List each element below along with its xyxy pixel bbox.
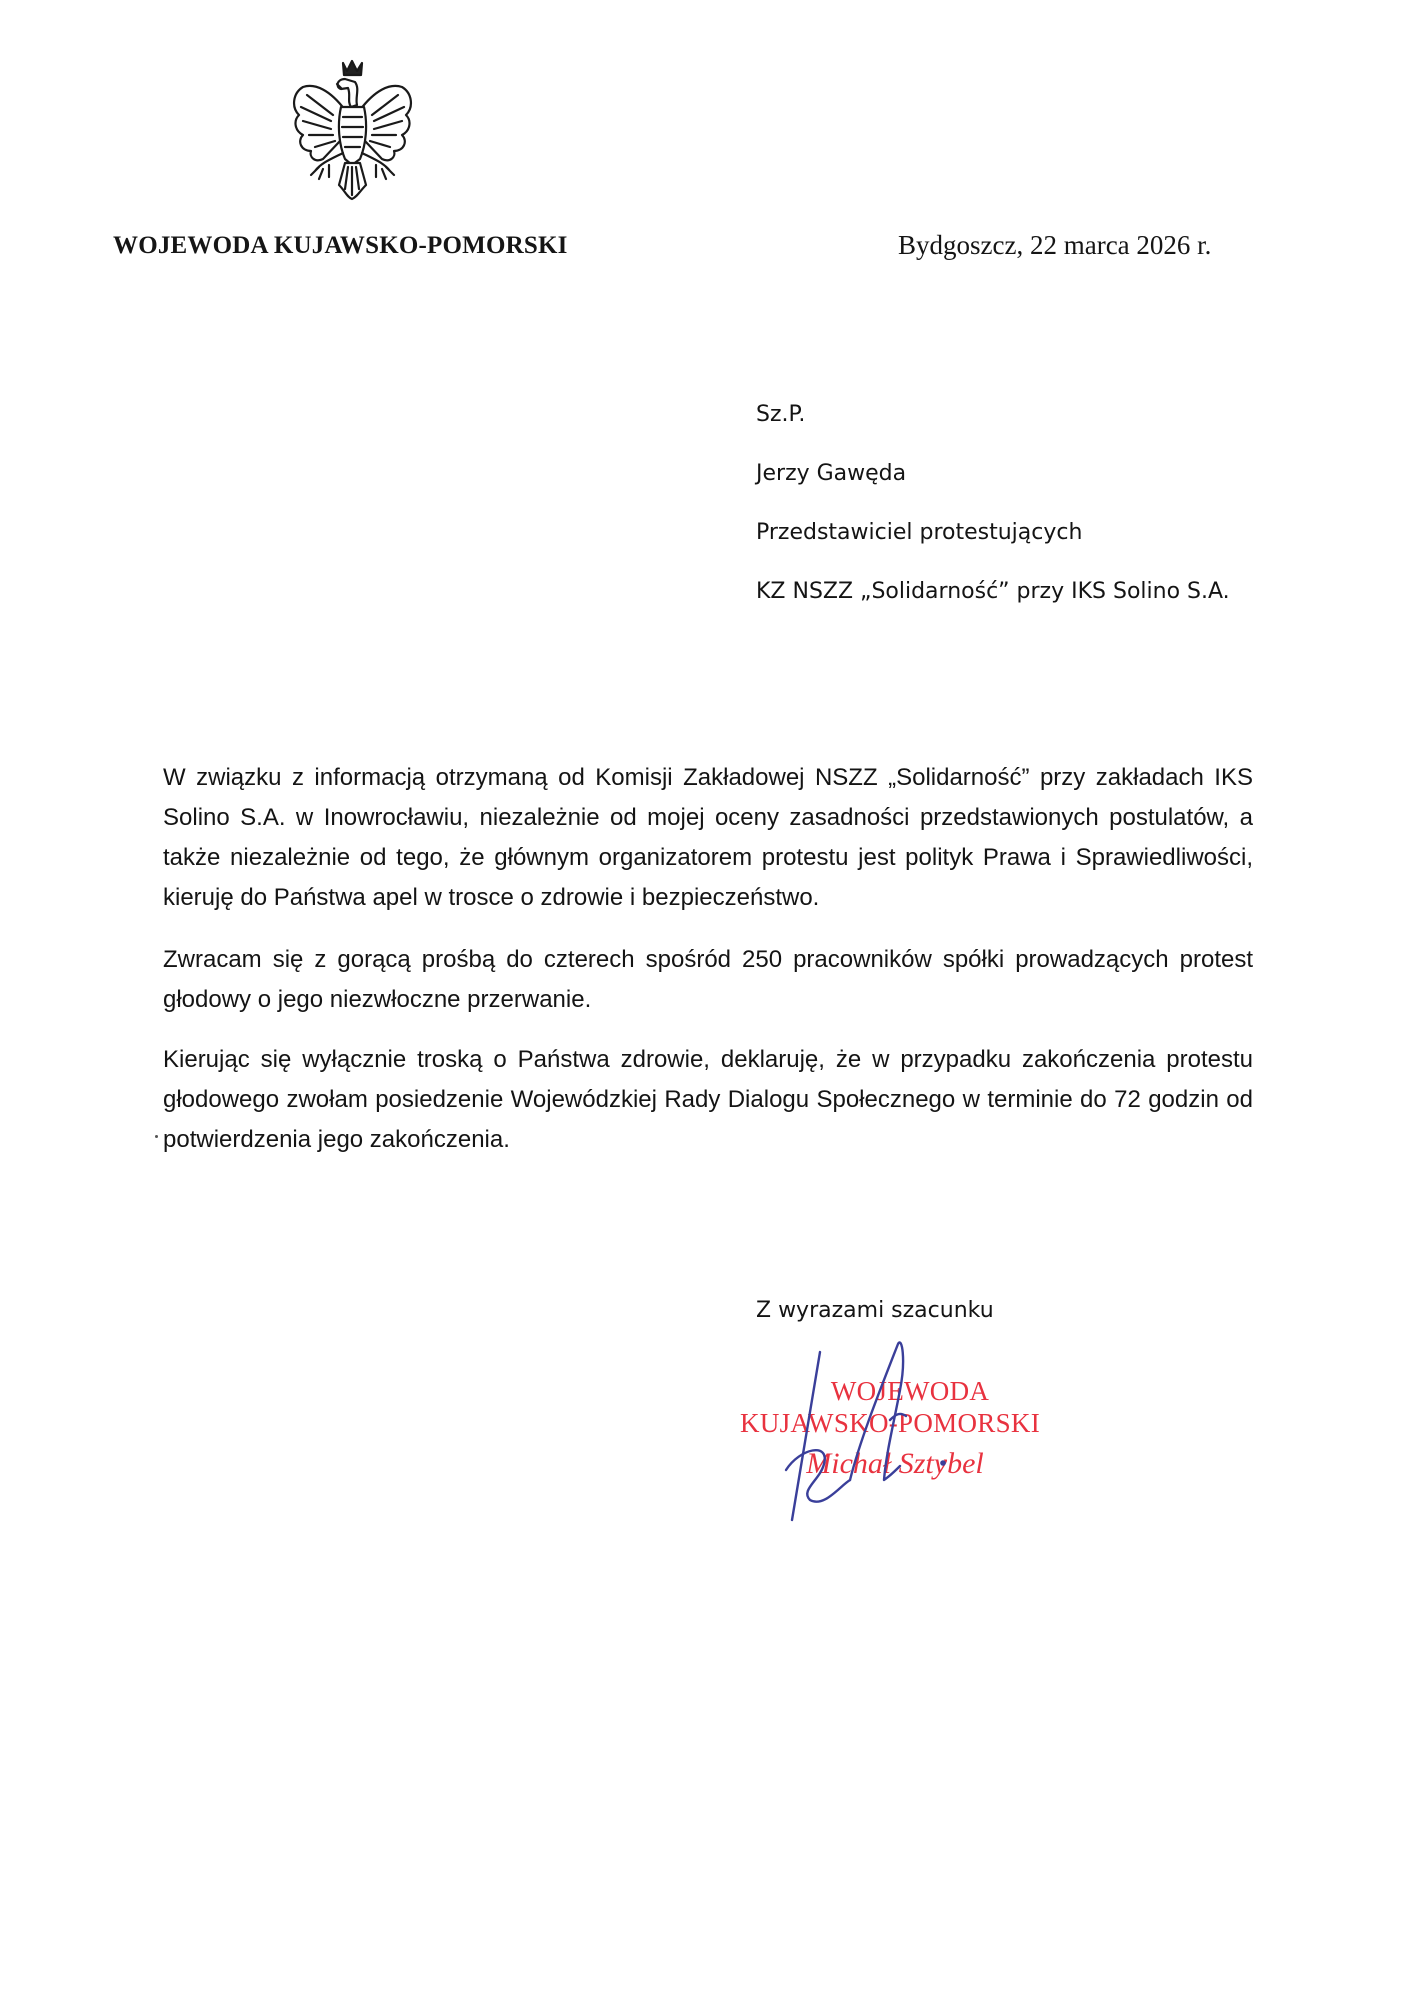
stamp-signatory-name: Michał Sztybel — [700, 1447, 1080, 1481]
polish-eagle-emblem-icon — [285, 55, 420, 205]
official-stamp: WOJEWODA KUJAWSKO-POMORSKI Michał Sztybe… — [700, 1375, 1080, 1481]
stamp-title: WOJEWODA — [700, 1375, 1080, 1407]
place-and-date: Bydgoszcz, 22 marca 2026 r. — [898, 230, 1211, 261]
recipient-role: Przedstawiciel protestujących — [756, 518, 1230, 577]
stamp-region: KUJAWSKO-POMORSKI — [700, 1407, 1080, 1439]
body-paragraph: Kierując się wyłącznie troską o Państwa … — [163, 1040, 1253, 1160]
issuing-authority: WOJEWODA KUJAWSKO-POMORSKI — [113, 232, 568, 260]
scan-speck — [155, 1135, 158, 1138]
body-paragraph: Zwracam się z gorącą prośbą do czterech … — [163, 940, 1253, 1020]
recipient-name: Jerzy Gawęda — [756, 459, 1230, 518]
closing-phrase: Z wyrazami szacunku — [756, 1298, 994, 1323]
recipient-block: Sz.P. Jerzy Gawęda Przedstawiciel protes… — [756, 400, 1230, 636]
recipient-salutation: Sz.P. — [756, 400, 1230, 459]
recipient-organization: KZ NSZZ „Solidarność” przy IKS Solino S.… — [756, 577, 1230, 636]
body-paragraph: W związku z informacją otrzymaną od Komi… — [163, 758, 1253, 918]
letter-page: WOJEWODA KUJAWSKO-POMORSKI Bydgoszcz, 22… — [0, 0, 1414, 2000]
